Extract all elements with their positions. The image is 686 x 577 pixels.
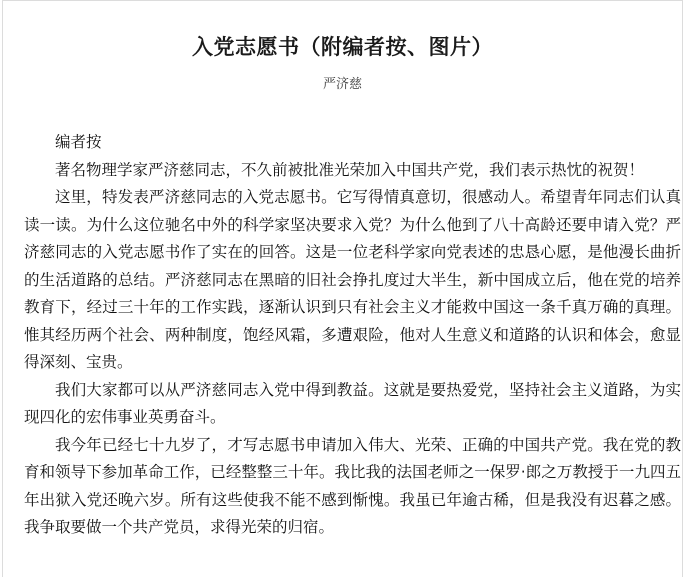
editor-note-heading: 编者按 bbox=[24, 129, 681, 157]
document-title: 入党志愿书（附编者按、图片） bbox=[3, 31, 682, 61]
document-author: 严济慈 bbox=[3, 73, 682, 92]
paragraph: 这里，特发表严济慈同志的入党志愿书。它写得情真意切，很感动人。希望青年同志们认真… bbox=[24, 184, 681, 377]
paragraph: 著名物理学家严济慈同志，不久前被批准光荣加入中国共产党，我们表示热忱的祝贺！ bbox=[24, 157, 681, 185]
paragraph: 我们大家都可以从严济慈同志入党中得到教益。这就是要热爱党，坚持社会主义道路，为实… bbox=[24, 377, 681, 432]
document-body: 编者按 著名物理学家严济慈同志，不久前被批准光荣加入中国共产党，我们表示热忱的祝… bbox=[24, 129, 681, 542]
paragraph: 我今年已经七十九岁了，才写志愿书申请加入伟大、光荣、正确的中国共产党。我在党的教… bbox=[24, 432, 681, 542]
document-page: 入党志愿书（附编者按、图片） 严济慈 编者按 著名物理学家严济慈同志，不久前被批… bbox=[2, 0, 683, 577]
